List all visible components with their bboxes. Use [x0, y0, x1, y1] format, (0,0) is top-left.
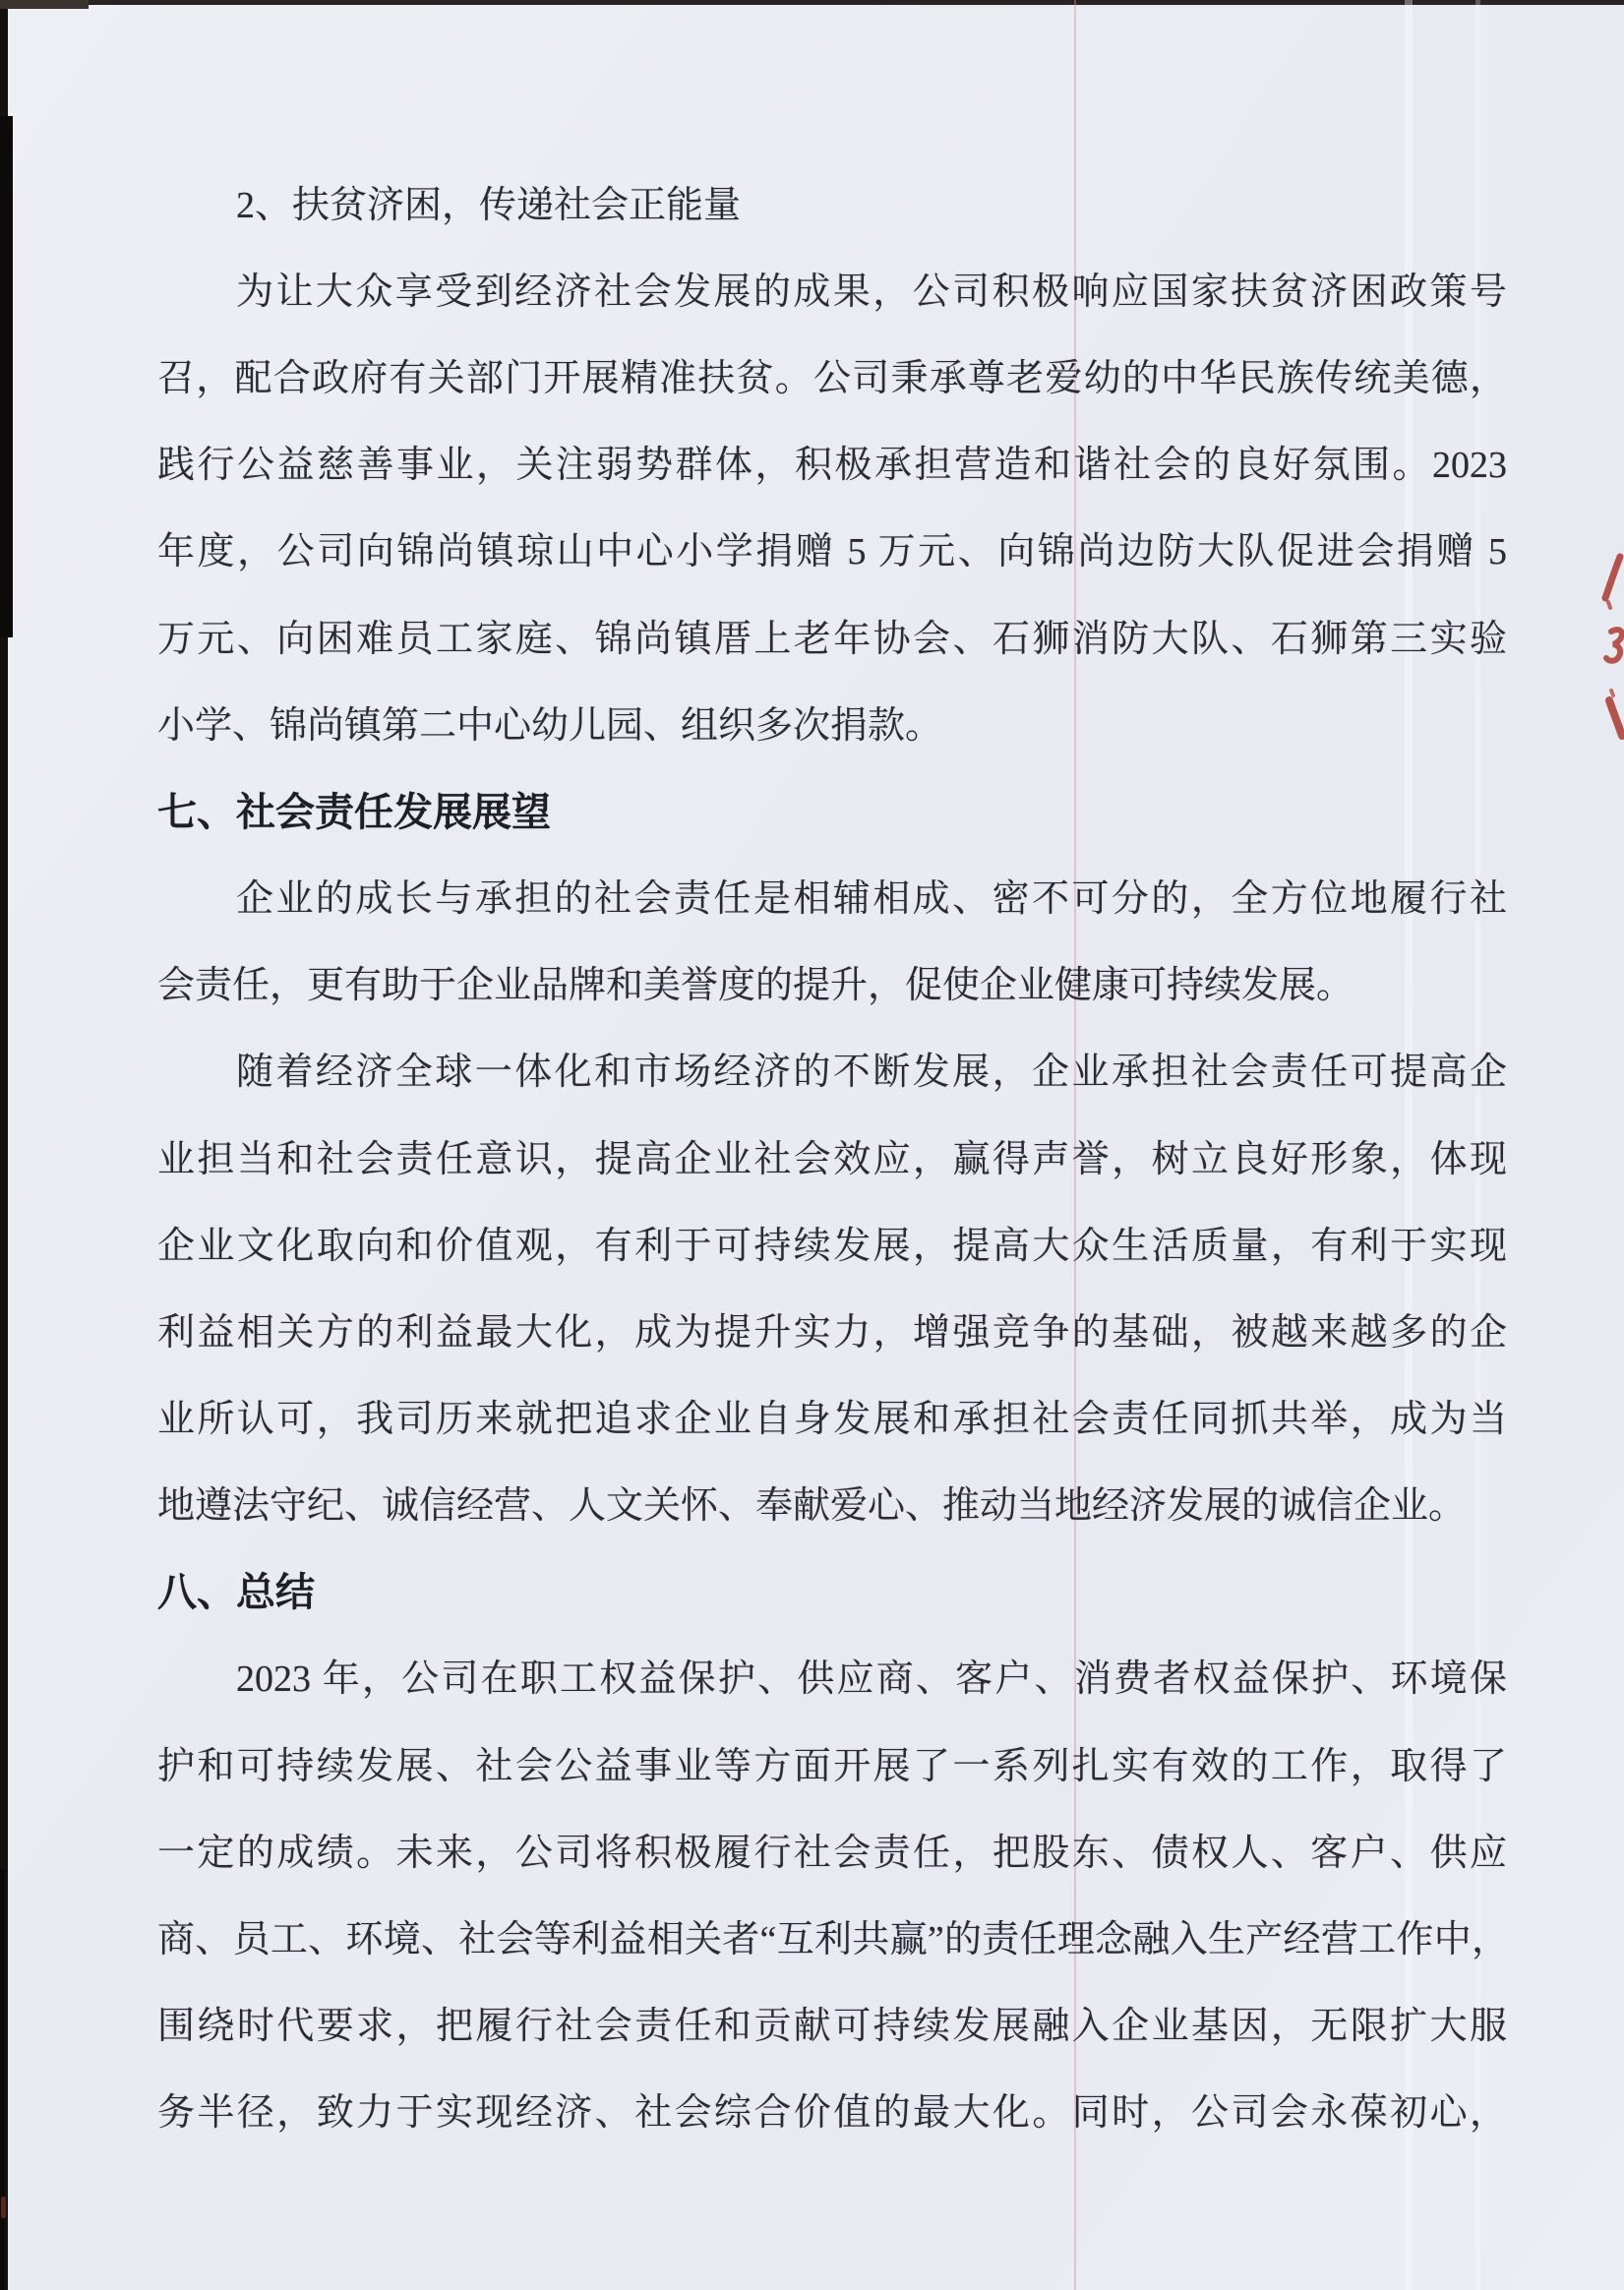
scanned-document-page: 2、扶贫济困，传递社会正能量 为让大众享受到经济社会发展的成果，公司积极响应国家…	[0, 0, 1624, 2290]
paragraph-line: 践行公益慈善事业，关注弱势群体，积极承担营造和谐社会的良好氛围。2023	[157, 439, 1507, 492]
paragraph-line: 利益相关方的利益最大化，成为提升实力，增强竞争的基础，被越来越多的企	[157, 1306, 1507, 1359]
paragraph-line: 企业的成长与承担的社会责任是相辅相成、密不可分的，全方位地履行社	[157, 873, 1507, 926]
section-heading-8-summary: 八、总结	[157, 1566, 1507, 1619]
paragraph-line: 地遵法守纪、诚信经营、人文关怀、奉献爱心、推动当地经济发展的诚信企业。	[157, 1479, 1507, 1533]
scan-edge-left-dark-segment	[0, 116, 13, 637]
paragraph-line: 小学、锦尚镇第二中心幼儿园、组织多次捐款。	[157, 699, 1507, 753]
scan-edge-left-bottom-segment	[0, 1869, 5, 2290]
paragraph-line: 年度，公司向锦尚镇琼山中心小学捐赠 5 万元、向锦尚边防大队促进会捐赠 5	[157, 525, 1507, 578]
red-ink-speck	[1, 2197, 6, 2218]
paragraph-line: 业担当和社会责任意识，提高企业社会效应，赢得声誉，树立良好形象，体现	[157, 1133, 1507, 1186]
paragraph-line: 一定的成绩。未来，公司将积极履行社会责任，把股东、债权人、客户、供应	[157, 1827, 1507, 1880]
paragraph-line: 商、员工、环境、社会等利益相关者“互利共赢”的责任理念融入生产经营工作中，	[157, 1913, 1507, 1966]
paragraph-line: 随着经济全球一体化和市场经济的不断发展，企业承担社会责任可提高企	[157, 1046, 1507, 1099]
scan-edge-top	[0, 0, 1624, 5]
red-pen-annotation-mark	[1587, 543, 1624, 750]
paragraph-line: 万元、向困难员工家庭、锦尚镇厝上老年协会、石狮消防大队、石狮第三实验	[157, 613, 1507, 666]
paragraph-line: 护和可持续发展、社会公益事业等方面开展了一系列扎实有效的工作，取得了	[157, 1740, 1507, 1793]
paragraph-line: 围绕时代要求，把履行社会责任和贡献可持续发展融入企业基因，无限扩大服	[157, 2000, 1507, 2053]
paragraph-line: 务半径，致力于实现经济、社会综合价值的最大化。同时，公司会永葆初心，	[157, 2086, 1507, 2139]
section-heading-7-csr-outlook: 七、社会责任发展展望	[157, 786, 1507, 839]
scan-edge-top-corner	[0, 0, 89, 9]
paragraph-line: 2023 年，公司在职工权益保护、供应商、客户、消费者权益保护、环境保	[157, 1653, 1507, 1706]
paragraph-line: 为让大众享受到经济社会发展的成果，公司积极响应国家扶贫济困政策号	[157, 266, 1507, 319]
paragraph-line: 业所认可，我司历来就把追求企业自身发展和承担社会责任同抓共举，成为当	[157, 1393, 1507, 1446]
subheading-2-poverty-relief: 2、扶贫济困，传递社会正能量	[157, 179, 1507, 232]
paragraph-line: 企业文化取向和价值观，有利于可持续发展，提高大众生活质量，有利于实现	[157, 1220, 1507, 1273]
paragraph-line: 会责任，更有助于企业品牌和美誉度的提升，促使企业健康可持续发展。	[157, 959, 1507, 1012]
paragraph-line: 召，配合政府有关部门开展精准扶贫。公司秉承尊老爱幼的中华民族传统美德，	[157, 352, 1507, 405]
